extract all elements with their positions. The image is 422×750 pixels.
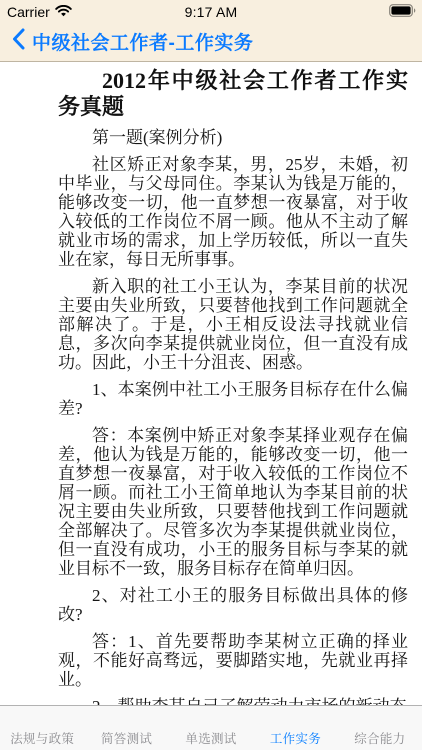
paragraph-question-1: 1、本案例中社工小王服务目标存在什么偏差? — [58, 380, 408, 418]
status-bar: Carrier 9:17 AM — [0, 0, 422, 24]
tab-gongzuo-shiwu[interactable]: 工作实务 — [253, 706, 337, 750]
tab-label: 综合能力 — [354, 729, 405, 747]
tab-label: 工作实务 — [270, 729, 321, 747]
tab-label: 单选测试 — [185, 729, 236, 747]
tab-zonghe-nengli[interactable]: 综合能力 — [338, 706, 422, 750]
paragraph-case-2: 新入职的社工小王认为，李某目前的状况主要由失业所致，只要替他找到工作问题就全部解… — [58, 277, 408, 372]
chevron-left-icon — [12, 28, 25, 55]
tab-label: 简答测试 — [101, 729, 152, 747]
paragraph-case-1: 社区矫正对象李某，男，25岁，未婚，初中毕业，与父母同住。李某认为钱是万能的，能… — [58, 155, 408, 269]
back-button[interactable]: 中级社会工作者-工作实务 — [12, 28, 253, 55]
document-view[interactable]: 2012年中级社会工作者工作实务真题 第一题(案例分析) 社区矫正对象李某，男，… — [0, 62, 422, 750]
tab-danxuan-ceshi[interactable]: 单选测试 — [169, 706, 253, 750]
nav-back-title: 中级社会工作者-工作实务 — [32, 28, 253, 55]
paragraph-answer-1: 答：本案例中矫正对象李某择业观存在偏差，他认为钱是万能的，能够改变一切，他一直梦… — [58, 426, 408, 578]
document-title: 2012年中级社会工作者工作实务真题 — [58, 68, 408, 120]
tab-jianda-ceshi[interactable]: 简答测试 — [84, 706, 168, 750]
paragraph-section-heading: 第一题(案例分析) — [58, 128, 408, 147]
paragraph-question-2: 2、对社工小王的服务目标做出具体的修改? — [58, 586, 408, 624]
status-time: 9:17 AM — [0, 0, 422, 24]
tab-bar: 法规与政策 简答测试 单选测试 工作实务 综合能力 — [0, 705, 422, 750]
nav-bar: 中级社会工作者-工作实务 — [0, 24, 422, 62]
tab-fagui-yu-zhengce[interactable]: 法规与政策 — [0, 706, 84, 750]
paragraph-answer-2: 答：1、首先要帮助李某树立正确的择业观，不能好高骛远，要脚踏实地，先就业再择业。 — [58, 632, 408, 689]
tab-label: 法规与政策 — [10, 729, 74, 747]
app-screen: Carrier 9:17 AM — [0, 0, 422, 750]
